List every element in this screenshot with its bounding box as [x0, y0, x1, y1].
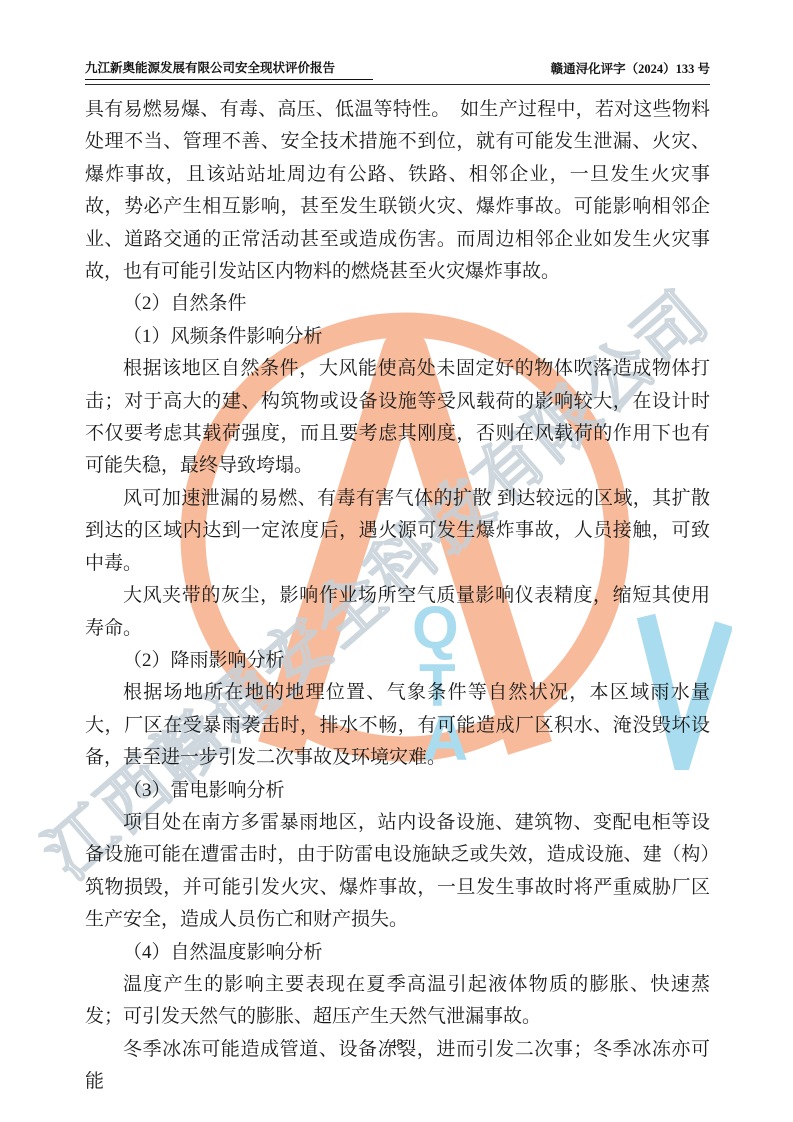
page-header: 九江新奥能源发展有限公司安全现状评价报告 赣通浔化评字（2024）133 号	[85, 58, 710, 80]
body-paragraph: 大风夹带的灰尘，影响作业场所空气质量影响仪表精度，缩短其使用寿命。	[85, 580, 710, 645]
page-number: 48	[0, 1036, 793, 1052]
document-page: Q T A 江西赣通安全科技有限公司 九江新奥能源发展有限公司安全现状评价报告 …	[0, 0, 793, 1122]
body-paragraph: 根据该地区自然条件，大风能使高处未固定好的物体吹落造成物体打击；对于高大的建、构…	[85, 353, 710, 483]
document-body: 具有易燃易爆、有毒、高压、低温等特性。 如生产过程中，若对这些物料处理不当、管理…	[85, 94, 710, 1099]
body-paragraph: 风可加速泄漏的易燃、有毒有害气体的扩散 到达较远的区域，其扩散到达的区域内达到一…	[85, 483, 710, 580]
section-heading: （2）降雨影响分析	[85, 645, 710, 677]
body-paragraph: 项目处在南方多雷暴雨地区，站内设备设施、建筑物、变配电柜等设备设施可能在遭雷击时…	[85, 807, 710, 937]
body-paragraph: 根据场地所在地的地理位置、气象条件等自然状况，本区域雨水量大，厂区在受暴雨袭击时…	[85, 677, 710, 774]
header-divider	[85, 84, 710, 85]
body-paragraph: 具有易燃易爆、有毒、高压、低温等特性。 如生产过程中，若对这些物料处理不当、管理…	[85, 94, 710, 288]
header-report-title: 九江新奥能源发展有限公司安全现状评价报告	[85, 58, 373, 80]
header-doc-number: 赣通浔化评字（2024）133 号	[551, 59, 710, 80]
section-heading: （3）雷电影响分析	[85, 775, 710, 807]
body-paragraph: 温度产生的影响主要表现在夏季高温引起液体物质的膨胀、快速蒸发；可引发天然气的膨胀…	[85, 969, 710, 1034]
section-heading: （4）自然温度影响分析	[85, 937, 710, 969]
section-heading: （1）风频条件影响分析	[85, 321, 710, 353]
section-heading: （2）自然条件	[85, 288, 710, 320]
